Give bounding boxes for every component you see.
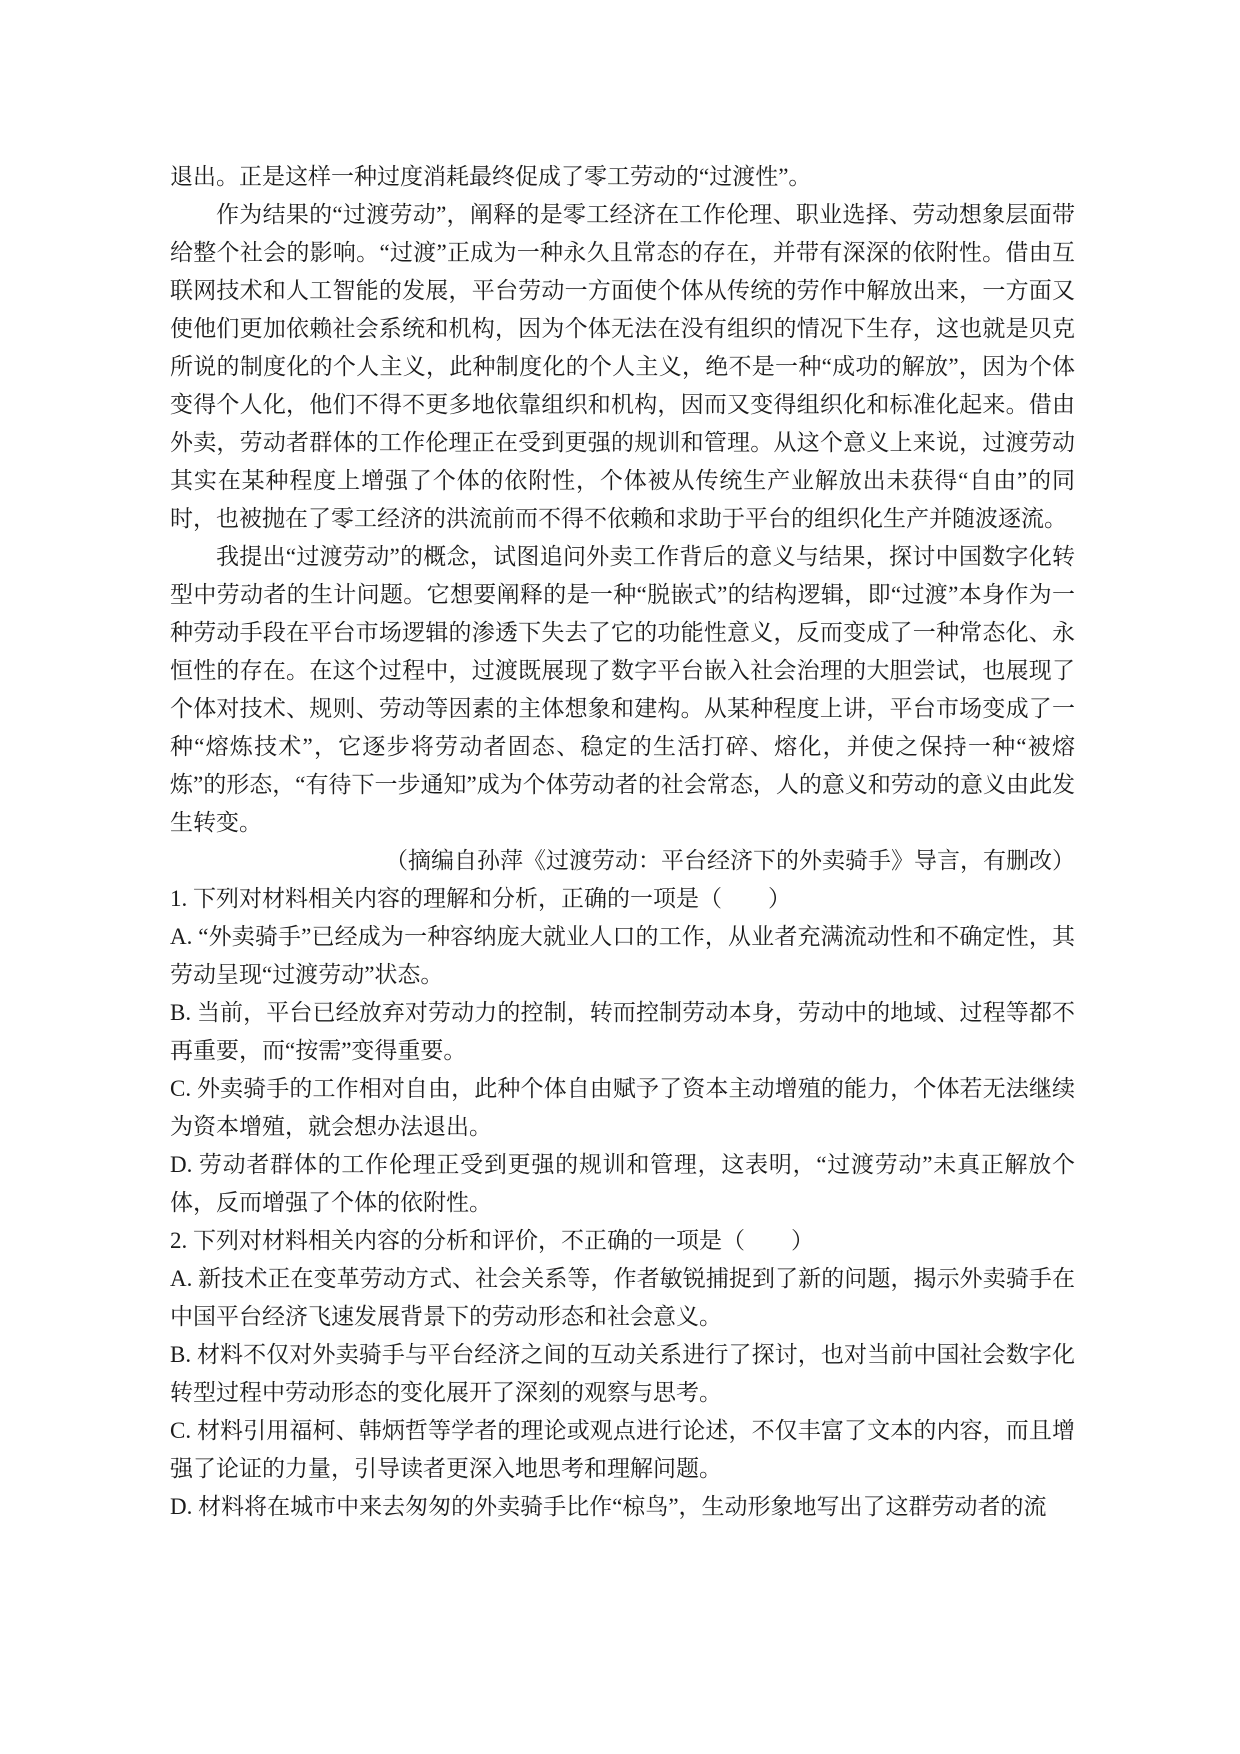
question-option: A. 新技术正在变革劳动方式、社会关系等，作者敏锐捕捉到了新的问题，揭示外卖骑手… xyxy=(170,1260,1075,1336)
questions-section: 1. 下列对材料相关内容的理解和分析，正确的一项是（ ）A. “外卖骑手”已经成… xyxy=(170,880,1075,1526)
passage-paragraph: 我提出“过渡劳动”的概念，试图追问外卖工作背后的意义与结果，探讨中国数字化转型中… xyxy=(170,538,1075,842)
question-option: C. 外卖骑手的工作相对自由，此种个体自由赋予了资本主动增殖的能力，个体若无法继… xyxy=(170,1070,1075,1146)
question-option: D. 劳动者群体的工作伦理正受到更强的规训和管理，这表明，“过渡劳动”未真正解放… xyxy=(170,1146,1075,1222)
exam-page: 退出。正是这样一种过度消耗最终促成了零工劳动的“过渡性”。作为结果的“过渡劳动”… xyxy=(0,0,1240,1754)
passage-paragraph: 作为结果的“过渡劳动”，阐释的是零工经济在工作伦理、职业选择、劳动想象层面带给整… xyxy=(170,196,1075,538)
passage-paragraph: 退出。正是这样一种过度消耗最终促成了零工劳动的“过渡性”。 xyxy=(170,158,1075,196)
question-stem: 1. 下列对材料相关内容的理解和分析，正确的一项是（ ） xyxy=(170,880,1075,918)
question-option: B. 材料不仅对外卖骑手与平台经济之间的互动关系进行了探讨，也对当前中国社会数字… xyxy=(170,1336,1075,1412)
passage-attribution: （摘编自孙萍《过渡劳动：平台经济下的外卖骑手》导言，有删改） xyxy=(170,842,1075,880)
question-option: A. “外卖骑手”已经成为一种容纳庞大就业人口的工作，从业者充满流动性和不确定性… xyxy=(170,918,1075,994)
reading-passage: 退出。正是这样一种过度消耗最终促成了零工劳动的“过渡性”。作为结果的“过渡劳动”… xyxy=(170,158,1075,842)
question-option: C. 材料引用福柯、韩炳哲等学者的理论或观点进行论述，不仅丰富了文本的内容，而且… xyxy=(170,1412,1075,1488)
question-option: D. 材料将在城市中来去匆匆的外卖骑手比作“椋鸟”，生动形象地写出了这群劳动者的… xyxy=(170,1488,1075,1526)
question-stem: 2. 下列对材料相关内容的分析和评价，不正确的一项是（ ） xyxy=(170,1222,1075,1260)
exam-content: 退出。正是这样一种过度消耗最终促成了零工劳动的“过渡性”。作为结果的“过渡劳动”… xyxy=(170,158,1075,1526)
question-option: B. 当前，平台已经放弃对劳动力的控制，转而控制劳动本身，劳动中的地域、过程等都… xyxy=(170,994,1075,1070)
